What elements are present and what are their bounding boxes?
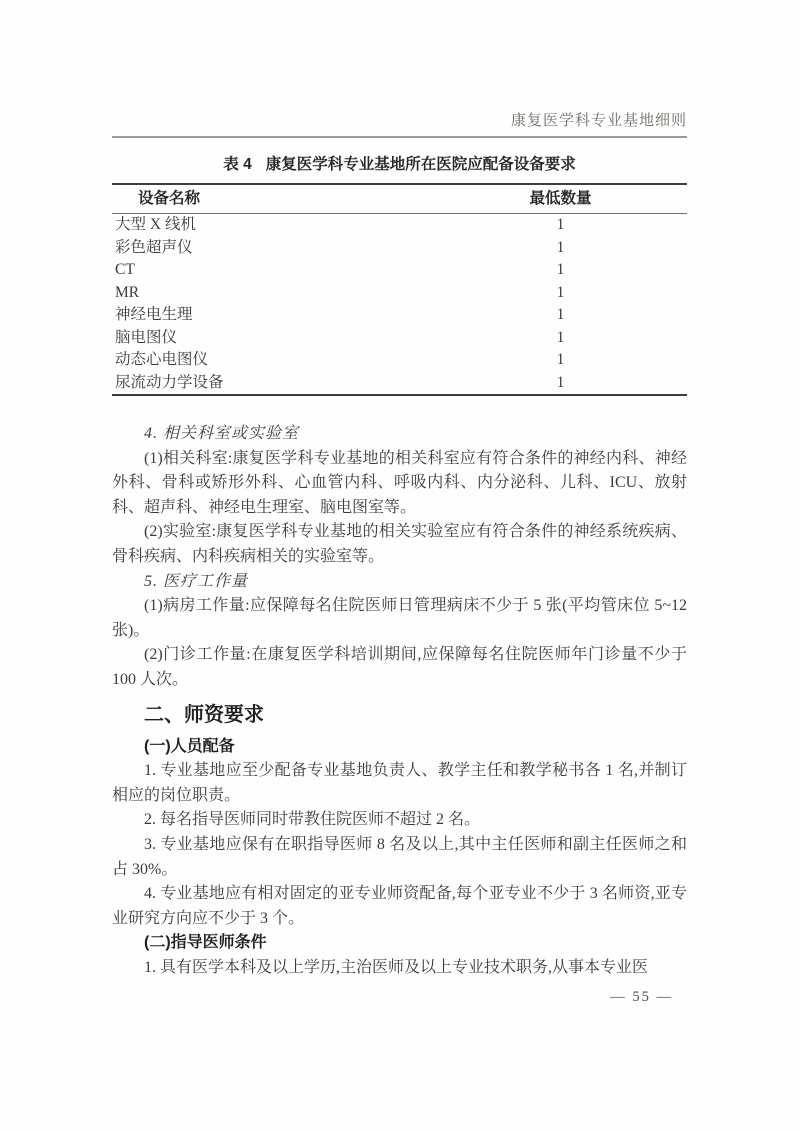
device-name-cell: 脑电图仪 xyxy=(112,327,434,350)
paragraph-staffing-3: 3. 专业基地应保有在职指导医师 8 名及以上,其中主任医师和副主任医师之和占 … xyxy=(112,833,687,882)
table-row: CT 1 xyxy=(112,259,687,282)
min-quantity-cell: 1 xyxy=(434,349,687,372)
device-name-cell: CT xyxy=(112,259,434,282)
min-quantity-cell: 1 xyxy=(434,327,687,350)
device-name-cell: MR xyxy=(112,282,434,305)
paragraph-staffing-2: 2. 每名指导医师同时带教住院医师不超过 2 名。 xyxy=(112,808,687,833)
min-quantity-cell: 1 xyxy=(434,282,687,305)
item-heading-related-departments: 4. 相关科室或实验室 xyxy=(112,422,687,447)
paragraph-related-departments: (1)相关科室:康复医学科专业基地的相关科室应有符合条件的神经内科、神经外科、骨… xyxy=(112,447,687,521)
min-quantity-cell: 1 xyxy=(434,237,687,260)
page-number: — 55 — xyxy=(112,989,687,1006)
min-quantity-cell: 1 xyxy=(434,214,687,237)
table-caption-label: 表 4 xyxy=(223,156,251,173)
column-header-device-name: 设备名称 xyxy=(112,184,434,214)
paragraph-staffing-4: 4. 专业基地应有相对固定的亚专业师资配备,每个亚专业不少于 3 名师资,亚专业… xyxy=(112,882,687,931)
table-row: 神经电生理 1 xyxy=(112,304,687,327)
device-name-cell: 尿流动力学设备 xyxy=(112,372,434,396)
table-row: 脑电图仪 1 xyxy=(112,327,687,350)
header-rule xyxy=(112,136,687,138)
table-header-row: 设备名称 最低数量 xyxy=(112,184,687,214)
device-name-cell: 动态心电图仪 xyxy=(112,349,434,372)
device-name-cell: 彩色超声仪 xyxy=(112,237,434,260)
table-row: MR 1 xyxy=(112,282,687,305)
table-caption-title: 康复医学科专业基地所在医院应配备设备要求 xyxy=(266,156,576,173)
page-header: 康复医学科专业基地细则 xyxy=(112,112,687,138)
section-heading-faculty-requirements: 二、师资要求 xyxy=(112,702,687,728)
document-body: 4. 相关科室或实验室 (1)相关科室:康复医学科专业基地的相关科室应有符合条件… xyxy=(112,422,687,980)
equipment-table: 设备名称 最低数量 大型 X 线机 1 彩色超声仪 1 CT 1 MR 1 神经 xyxy=(112,183,687,396)
table-row: 尿流动力学设备 1 xyxy=(112,372,687,396)
device-name-cell: 大型 X 线机 xyxy=(112,214,434,237)
document-page: 康复医学科专业基地细则 表 4康复医学科专业基地所在医院应配备设备要求 设备名称… xyxy=(0,0,800,1131)
equipment-table-body: 大型 X 线机 1 彩色超声仪 1 CT 1 MR 1 神经电生理 1 脑电图仪… xyxy=(112,214,687,396)
item-heading-medical-workload: 5. 医疗工作量 xyxy=(112,570,687,595)
paragraph-ward-workload: (1)病房工作量:应保障每名住院医师日管理病床不少于 5 张(平均管床位 5~1… xyxy=(112,594,687,643)
table-row: 大型 X 线机 1 xyxy=(112,214,687,237)
subsection-heading-staffing: (一)人员配备 xyxy=(112,735,687,760)
subsection-heading-supervisor-qualifications: (二)指导医师条件 xyxy=(112,931,687,956)
column-header-min-quantity: 最低数量 xyxy=(434,184,687,214)
table-row: 动态心电图仪 1 xyxy=(112,349,687,372)
running-header-title: 康复医学科专业基地细则 xyxy=(112,112,687,130)
paragraph-laboratories: (2)实验室:康复医学科专业基地的相关实验室应有符合条件的神经系统疾病、骨科疾病… xyxy=(112,520,687,569)
paragraph-supervisor-1: 1. 具有医学本科及以上学历,主治医师及以上专业技术职务,从事本专业医 xyxy=(112,956,687,981)
min-quantity-cell: 1 xyxy=(434,259,687,282)
table-row: 彩色超声仪 1 xyxy=(112,237,687,260)
equipment-table-header: 设备名称 最低数量 xyxy=(112,184,687,214)
paragraph-staffing-1: 1. 专业基地应至少配备专业基地负责人、教学主任和教学秘书各 1 名,并制订相应… xyxy=(112,759,687,808)
device-name-cell: 神经电生理 xyxy=(112,304,434,327)
min-quantity-cell: 1 xyxy=(434,304,687,327)
table-caption: 表 4康复医学科专业基地所在医院应配备设备要求 xyxy=(112,154,687,176)
min-quantity-cell: 1 xyxy=(434,372,687,396)
paragraph-outpatient-workload: (2)门诊工作量:在康复医学科培训期间,应保障每名住院医师年门诊量不少于 100… xyxy=(112,643,687,692)
